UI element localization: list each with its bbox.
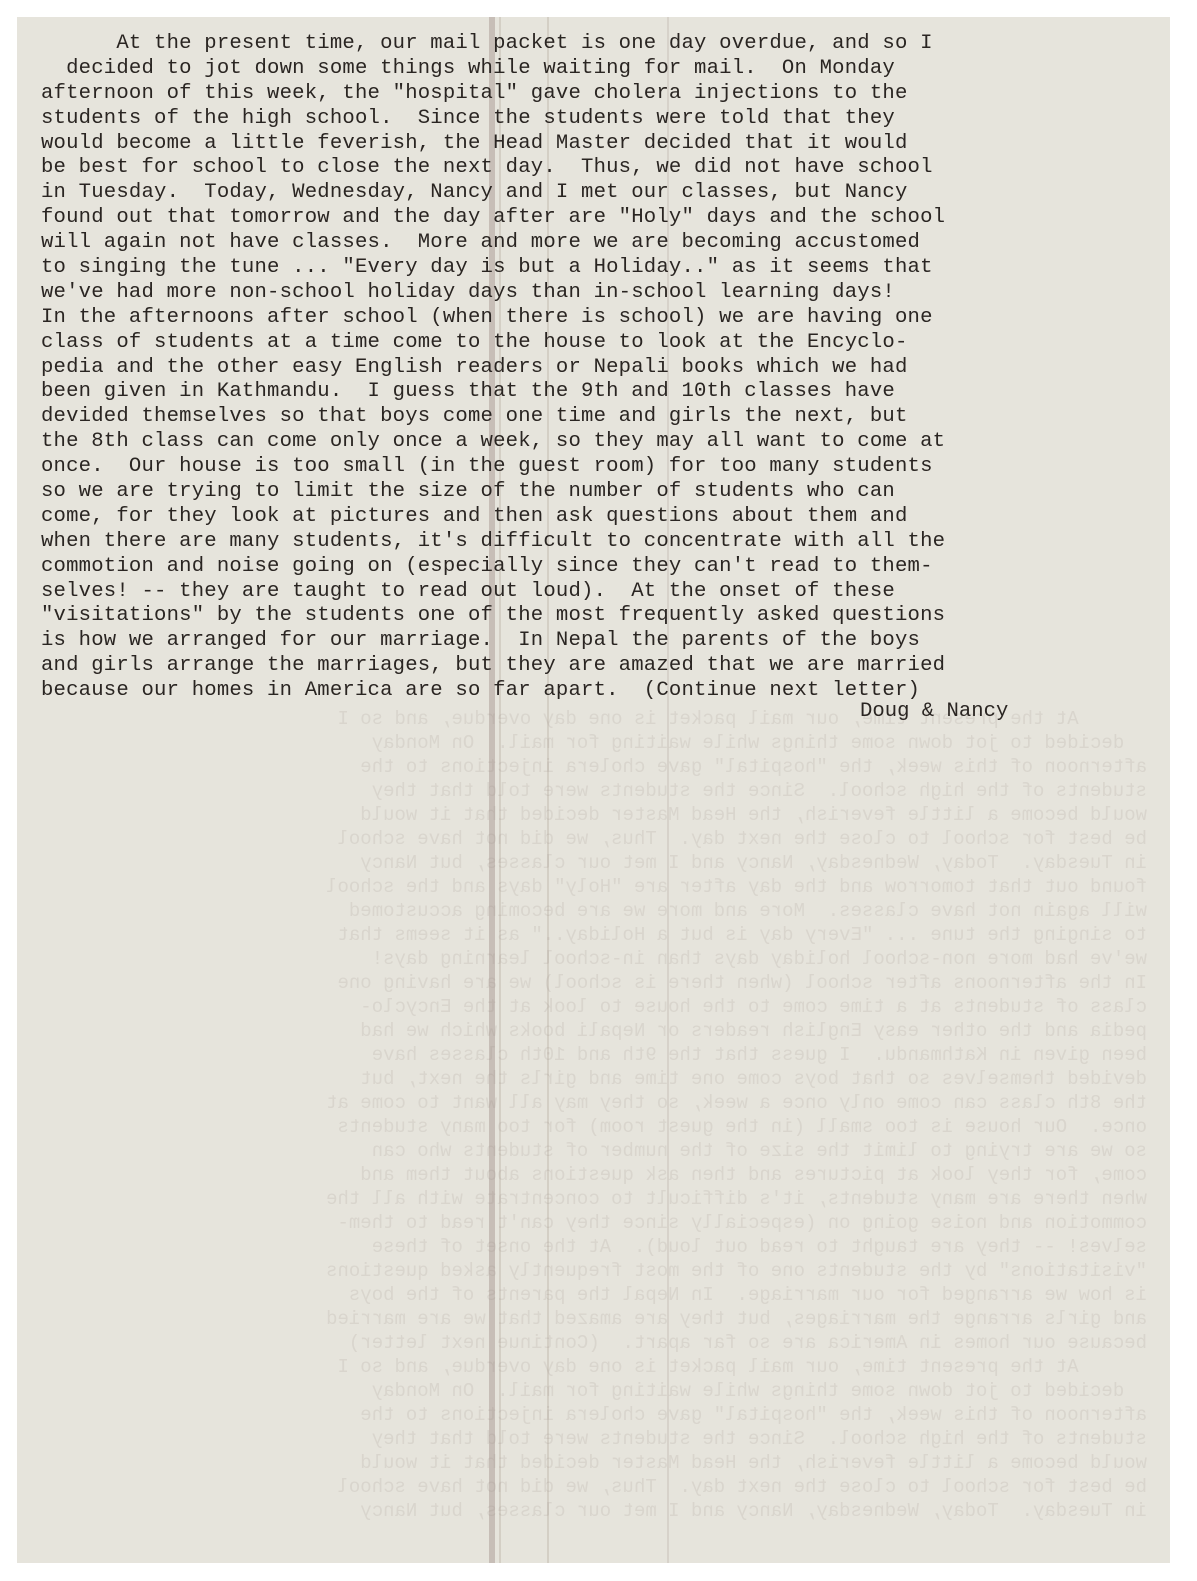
letter-line: In the afternoons after school (when the…	[41, 306, 1161, 331]
letter-body: At the present time, our mail packet is …	[41, 32, 1161, 704]
letter-line: selves! -- they are taught to read out l…	[41, 580, 1161, 605]
letter-line: and girls arrange the marriages, but the…	[41, 654, 1161, 679]
letter-line: to singing the tune ... "Every day is bu…	[41, 256, 1161, 281]
letter-line: the 8th class can come only once a week,…	[41, 430, 1161, 455]
letter-line: when there are many students, it's diffi…	[41, 530, 1161, 555]
letter-line: so we are trying to limit the size of th…	[41, 480, 1161, 505]
letter-line: in Tuesday. Today, Wednesday, Nancy and …	[41, 181, 1161, 206]
letter-line: be best for school to close the next day…	[41, 156, 1161, 181]
letter-line: At the present time, our mail packet is …	[41, 32, 1161, 57]
letter-line: been given in Kathmandu. I guess that th…	[41, 380, 1161, 405]
letter-page: At the present time, our mail packet is …	[17, 17, 1170, 1563]
letter-line: commotion and noise going on (especially…	[41, 555, 1161, 580]
letter-line: come, for they look at pictures and then…	[41, 505, 1161, 530]
letter-line: will again not have classes. More and mo…	[41, 231, 1161, 256]
bleed-through-text: At the present time, our mail packet is …	[37, 707, 1147, 1523]
letter-line: pedia and the other easy English readers…	[41, 356, 1161, 381]
signature: Doug & Nancy	[860, 700, 1008, 723]
letter-line: we've had more non-school holiday days t…	[41, 281, 1161, 306]
letter-line: devided themselves so that boys come one…	[41, 405, 1161, 430]
letter-line: decided to jot down some things while wa…	[41, 57, 1161, 82]
letter-line: is how we arranged for our marriage. In …	[41, 629, 1161, 654]
letter-line: found out that tomorrow and the day afte…	[41, 206, 1161, 231]
letter-line: "visitations" by the students one of the…	[41, 604, 1161, 629]
letter-line: afternoon of this week, the "hospital" g…	[41, 82, 1161, 107]
letter-line: would become a little feverish, the Head…	[41, 132, 1161, 157]
letter-line: once. Our house is too small (in the gue…	[41, 455, 1161, 480]
letter-line: students of the high school. Since the s…	[41, 107, 1161, 132]
letter-line: class of students at a time come to the …	[41, 331, 1161, 356]
